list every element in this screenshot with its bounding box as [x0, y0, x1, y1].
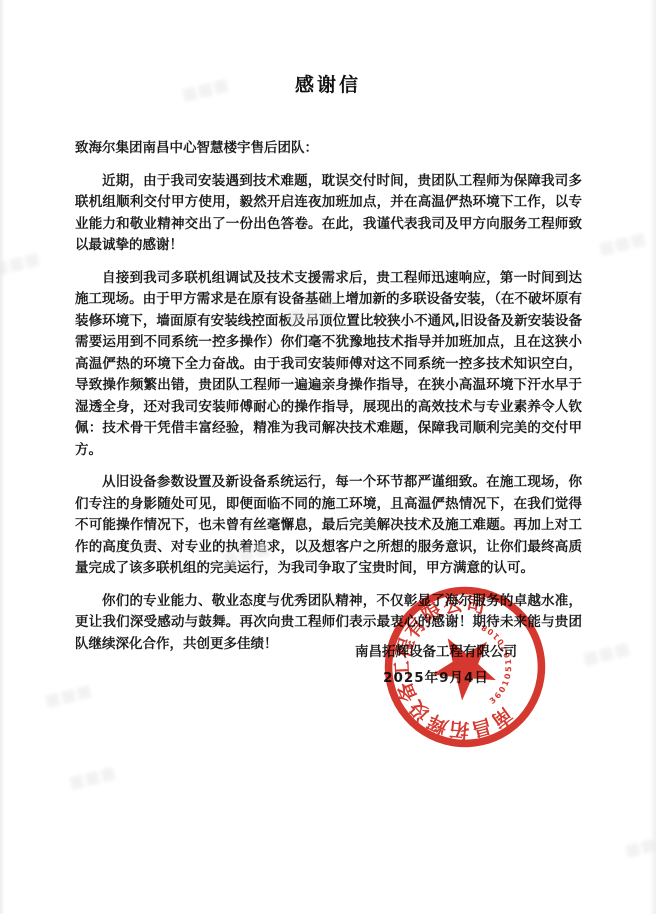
letter-title: 感谢信	[0, 70, 656, 97]
watermark-smudge	[0, 253, 40, 277]
letter-salutation: 致海尔集团南昌中心智慧楼宇售后团队：	[75, 138, 582, 160]
watermark-smudge	[599, 233, 646, 257]
letter-paragraph-1: 近期，由于我司安装遇到技术难题，耽误交付时间，贵团队工程师为保障我司多联机组顺利…	[75, 171, 582, 257]
watermark-smudge	[625, 835, 656, 859]
watermark-smudge	[583, 643, 630, 667]
watermark-smudge	[69, 767, 116, 791]
seal-star-icon	[425, 630, 499, 706]
letter-paragraph-3: 从旧设备参数设置及新设备系统运行，每一个环节都严谨细致。在施工现场，你们专注的身…	[75, 472, 582, 580]
letter-paragraph-2: 自接到我司多联机组调试及技术支援需求后，贵工程师迅速响应，第一时间到达施工现场。…	[75, 268, 582, 462]
thank-you-letter-page: 感谢信 致海尔集团南昌中心智慧楼宇售后团队： 近期，由于我司安装遇到技术难题，耽…	[0, 0, 656, 914]
watermark-smudge	[45, 685, 92, 709]
